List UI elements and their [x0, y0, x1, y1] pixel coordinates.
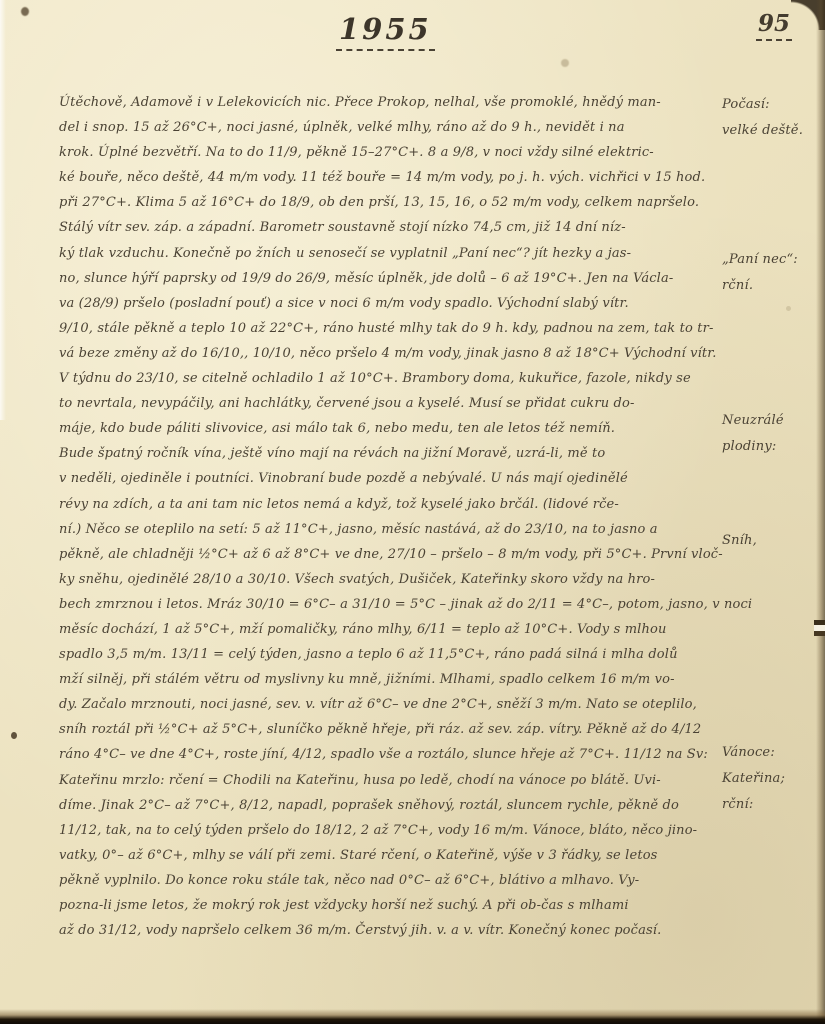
text-line: Stálý vítr sev. záp. a západní. Barometr… — [59, 215, 722, 240]
margin-note: Vánoce:Kateřina;rční: — [722, 740, 822, 818]
page-edge-notch — [814, 620, 825, 636]
margin-note: Počasí:velké deště. — [722, 92, 822, 144]
text-line: ké bouře, něco deště, 44 m/m vody. 11 té… — [59, 165, 722, 190]
page-right-shadow — [816, 0, 825, 1024]
text-line: spadlo 3,5 m/m. 13/11 = celý týden, jasn… — [59, 642, 722, 667]
text-line: no, slunce hýří paprsky od 19/9 do 26/9,… — [59, 266, 722, 291]
text-line: Kateřinu mrzlo: rčení = Chodili na Kateř… — [59, 768, 722, 793]
margin-note-line: rční: — [722, 792, 822, 818]
text-line: révy na zdích, a ta ani tam nic letos ne… — [59, 492, 722, 517]
text-line: del i snop. 15 až 26°C+, noci jasné, úpl… — [59, 115, 722, 140]
manuscript-page: 1955 95 Útěchově, Adamově i v Lelekovicí… — [0, 0, 825, 1024]
text-line: bech zmrznou i letos. Mráz 30/10 = 6°C– … — [59, 592, 722, 617]
year-heading-text: 1955 — [336, 12, 435, 51]
text-line: ní.) Něco se oteplilo na setí: 5 až 11°C… — [59, 517, 722, 542]
text-line: sníh roztál při ½°C+ až 5°C+, sluníčko p… — [59, 717, 722, 742]
text-line: mží silněj, při stálém větru od myslivny… — [59, 667, 722, 692]
text-line: vatky, 0°– až 6°C+, mlhy se válí při zem… — [59, 843, 722, 868]
margin-note-line: Neuzrálé — [722, 408, 822, 434]
page-left-highlight — [0, 0, 6, 420]
dust-speck — [786, 306, 791, 311]
text-line: pěkně, ale chladněji ½°C+ až 6 až 8°C+ v… — [59, 542, 722, 567]
text-line: 9/10, stále pěkně a teplo 10 až 22°C+, r… — [59, 316, 722, 341]
text-line: až do 31/12, vody napršelo celkem 36 m/m… — [59, 918, 722, 943]
margin-note-line: Kateřina; — [722, 766, 822, 792]
margin-note-line: plodiny: — [722, 434, 822, 460]
margin-note-line: Sníh, — [722, 528, 822, 554]
text-line: měsíc dochází, 1 až 5°C+, mží pomaličky,… — [59, 617, 722, 642]
text-line: to nevrtala, nevypáčily, ani hachlátky, … — [59, 391, 722, 416]
margin-note: Sníh, — [722, 528, 822, 554]
text-line: díme. Jinak 2°C– až 7°C+, 8/12, napadl, … — [59, 793, 722, 818]
margin-note-line: „Paní nec“: — [722, 247, 822, 273]
text-line: Bude špatný ročník vína, ještě víno mají… — [59, 441, 722, 466]
text-line: máje, kdo bude páliti slivovice, asi mál… — [59, 416, 722, 441]
dust-speck — [11, 732, 17, 739]
dust-speck — [21, 7, 29, 16]
text-line: ky sněhu, ojedinělé 28/10 a 30/10. Všech… — [59, 567, 722, 592]
text-line: krok. Úplné bezvětří. Na to do 11/9, pěk… — [59, 140, 722, 165]
text-line: va (28/9) pršelo (posladní pouť) a sice … — [59, 291, 722, 316]
margin-note: Neuzráléplodiny: — [722, 408, 822, 460]
text-line: při 27°C+. Klima 5 až 16°C+ do 18/9, ob … — [59, 190, 722, 215]
text-line: dy. Začalo mrznouti, noci jasné, sev. v.… — [59, 692, 722, 717]
margin-note: „Paní nec“:rční. — [722, 247, 822, 299]
dust-speck — [561, 59, 569, 67]
text-line: Útěchově, Adamově i v Lelekovicích nic. … — [59, 90, 722, 115]
margin-note-line: rční. — [722, 273, 822, 299]
page-number-text: 95 — [756, 10, 792, 41]
text-line: pozna-li jsme letos, že mokrý rok jest v… — [59, 893, 722, 918]
text-line: ráno 4°C– ve dne 4°C+, roste jíní, 4/12,… — [59, 742, 722, 767]
text-line: V týdnu do 23/10, se citelně ochladilo 1… — [59, 366, 722, 391]
text-line: pěkně vyplnilo. Do konce roku stále tak,… — [59, 868, 722, 893]
text-line: v neděli, ojediněle i poutníci. Vinobran… — [59, 466, 722, 491]
year-heading: 1955 — [336, 12, 432, 51]
text-line: ký tlak vzduchu. Konečně po žních u seno… — [59, 241, 722, 266]
page-bottom-edge — [0, 1009, 825, 1024]
margin-note-line: Počasí: — [722, 92, 822, 118]
margin-note-line: Vánoce: — [722, 740, 822, 766]
text-line: vá beze změny až do 16/10,, 10/10, něco … — [59, 341, 722, 366]
margin-note-line: velké deště. — [722, 118, 822, 144]
main-text: Útěchově, Adamově i v Lelekovicích nic. … — [59, 90, 722, 943]
text-line: 11/12, tak, na to celý týden pršelo do 1… — [59, 818, 722, 843]
